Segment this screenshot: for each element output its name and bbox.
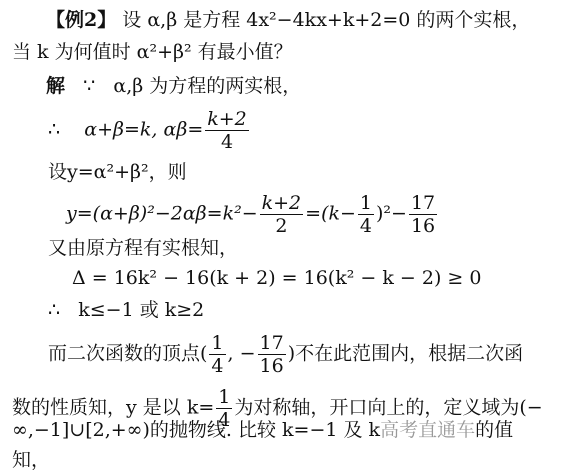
solution-line-4: y=(α+β)²−2αβ=k²−k+22=(k−14)²−1716	[66, 192, 439, 237]
solution-line-8: 而二次函数的顶点(14, −1716)不在此范围内，根据二次函	[48, 332, 523, 377]
watermark: 高考直通车	[380, 419, 475, 441]
because-symbol: ∵	[83, 75, 95, 97]
solution-line-7: ∴ k≤−1 或 k≥2	[48, 298, 204, 322]
solution-line-3: 设y=α²+β²，则	[48, 160, 187, 184]
solution-line-2: ∴ α+β=k, αβ=k+24	[48, 108, 251, 153]
example-label: 【例2】	[46, 9, 116, 31]
solution-line-11: 知，	[12, 448, 50, 470]
solution-label: 解	[46, 75, 65, 97]
fraction: k+24	[205, 108, 249, 153]
solution-line-10: ∞,−1]∪[2,+∞)的抛物线. 比较 k=−1 及 k高考直通车的值	[12, 418, 513, 442]
solution-line-1: 解 ∵ α,β 为方程的两实根，	[46, 74, 301, 98]
problem-line-2: 当 k 为何值时 α²+β² 有最小值？	[12, 40, 293, 64]
problem-text-1: 设 α,β 是方程 4x²−4kx+k+2=0 的两个实根，	[122, 9, 530, 31]
problem-line-1: 【例2】 设 α,β 是方程 4x²−4kx+k+2=0 的两个实根，	[46, 8, 530, 32]
solution-line-5: 又由原方程有实根知，	[48, 236, 238, 260]
therefore-symbol: ∴	[48, 119, 60, 141]
solution-line-6: Δ = 16k² − 16(k + 2) = 16(k² − k − 2) ≥ …	[72, 266, 481, 290]
